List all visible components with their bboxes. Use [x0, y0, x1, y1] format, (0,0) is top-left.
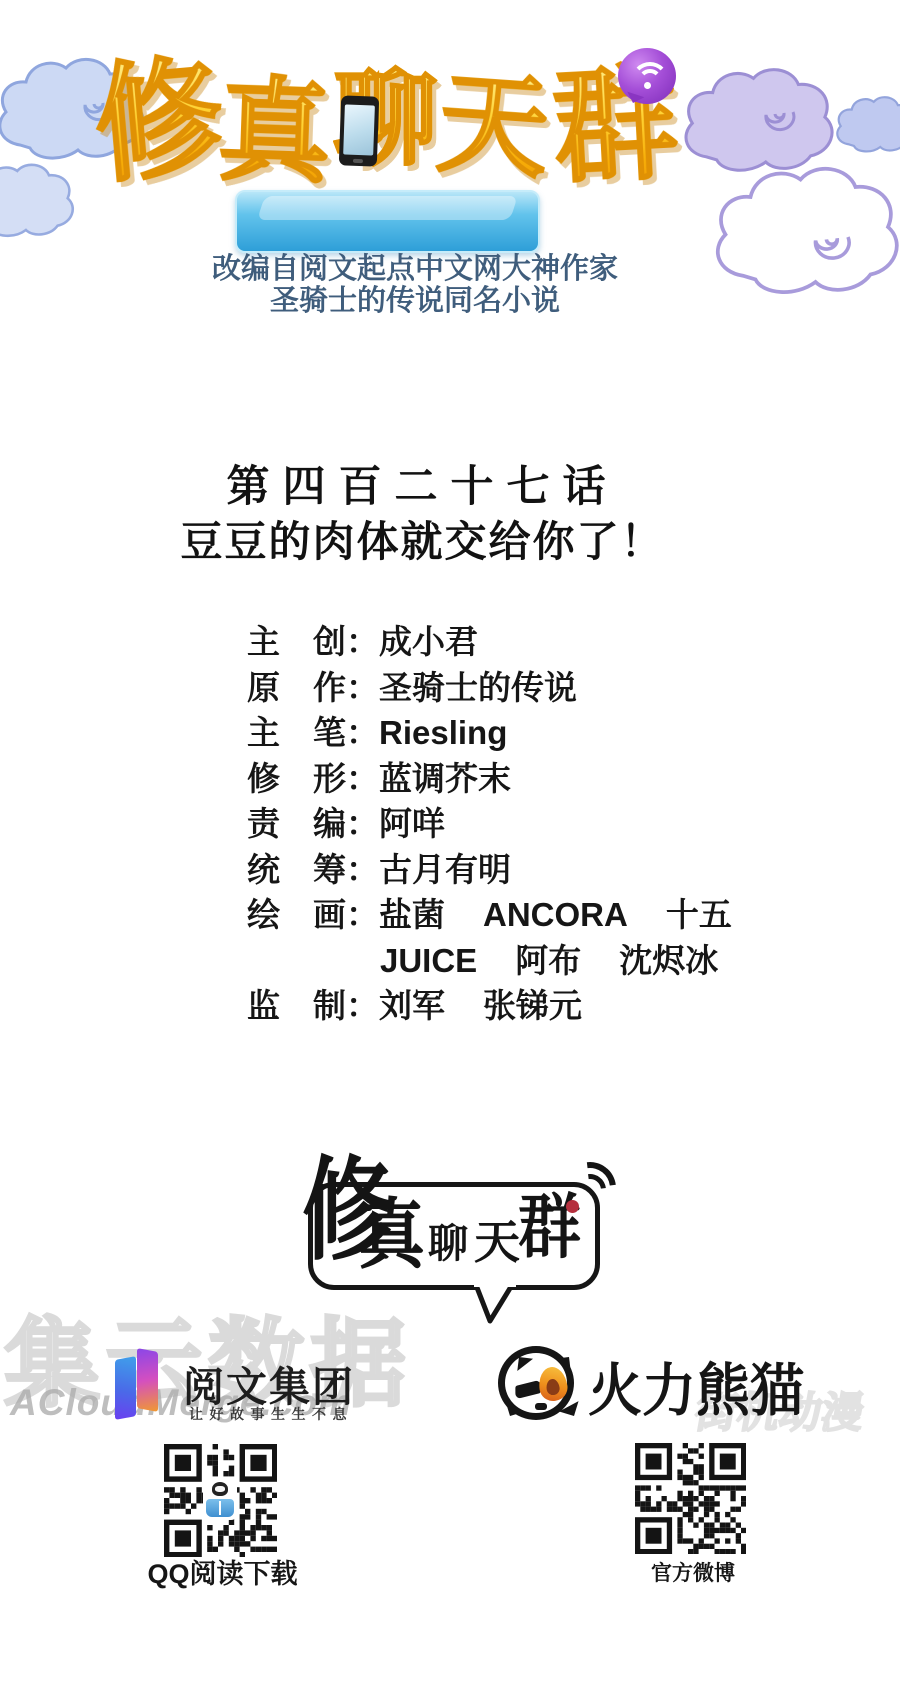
adaptation-subtitle: 改编自阅文起点中文网大神作家 圣骑士的传说同名小说: [0, 254, 830, 317]
panda-cheek-icon: [559, 1401, 589, 1431]
smartphone-icon: [339, 95, 379, 166]
credit-role: 统 筹：: [247, 844, 379, 891]
title-char: 真: [216, 74, 332, 190]
credit-name: 沈烬冰: [619, 935, 718, 982]
credit-row: 原 作：圣骑士的传说: [247, 662, 770, 708]
credit-row: JUICE阿布沈烬冰: [247, 935, 770, 981]
panda-face-icon: [498, 1346, 574, 1420]
purple-chat-bubble-wifi-icon: [618, 48, 676, 104]
credit-role: 主 笔：: [247, 707, 379, 754]
penguin-face: [215, 1486, 225, 1492]
credit-row: 主 笔：Riesling: [247, 707, 770, 753]
credit-name: 盐菌: [379, 889, 445, 936]
phone-home-button: [353, 159, 363, 163]
qr-code-weibo: [635, 1443, 746, 1559]
yuewen-logo-mark: [115, 1350, 161, 1422]
wifi-dot-icon: [644, 82, 651, 89]
credit-row: 责 编：阿咩: [247, 798, 770, 844]
comic-title-page: 修 真 聊 天 群 chat group ...... 改编自阅文起点中文网大神…: [0, 0, 900, 1687]
credit-name: 阿咩: [379, 798, 445, 845]
subtitle-line: 改编自阅文起点中文网大神作家: [0, 254, 830, 285]
panda-cheek-icon: [495, 1401, 525, 1431]
wifi-arc-icon: [638, 69, 662, 93]
credit-name: 阿布: [515, 935, 581, 982]
credit-role: 监 制：: [247, 980, 379, 1027]
credit-role: 修 形：: [247, 753, 379, 800]
title-char: 天: [434, 68, 551, 185]
qq-penguin-icon: [203, 1480, 237, 1520]
yuewen-mark-right: [137, 1348, 158, 1412]
credit-name: 蓝调芥末: [379, 753, 511, 800]
credit-row: 统 筹：古月有明: [247, 844, 770, 890]
chapter-title: 豆豆的肉体就交给你了！: [0, 516, 845, 568]
open-book-icon: [206, 1499, 234, 1517]
phone-screen: [343, 104, 375, 155]
chapter-number: 第四百二十七话: [0, 462, 845, 512]
credit-name: 十五: [666, 889, 732, 936]
panda-horn-icon: [555, 1343, 583, 1371]
credit-name: Riesling: [379, 714, 507, 752]
credit-name: 圣骑士的传说: [379, 662, 577, 709]
credit-row: 绘 画：盐菌ANCORA十五: [247, 889, 770, 935]
series-logo-bubble: 修 真 聊 天 群: [302, 1150, 624, 1335]
chat-group-banner: [235, 190, 540, 253]
series-title: 修 真 聊 天 群: [95, 58, 677, 186]
credit-role: 绘 画：: [247, 889, 379, 936]
flame-icon: [537, 1365, 569, 1403]
logo-char: 天: [474, 1220, 520, 1266]
credit-row: 主 创：成小君: [247, 616, 770, 662]
subtitle-line: 圣骑士的传说同名小说: [0, 286, 830, 317]
panda-horn-icon: [505, 1343, 533, 1371]
credit-name: 刘军: [379, 980, 445, 1027]
credit-name: JUICE: [380, 942, 477, 980]
panda-eye-icon: [515, 1380, 540, 1400]
qr-caption-right: 官方微博: [628, 1557, 758, 1587]
panda-studio-name: 火力熊猫: [588, 1346, 804, 1427]
credit-name: 成小君: [379, 616, 478, 663]
yuewen-mark-left: [115, 1356, 136, 1420]
credit-name: ANCORA: [483, 896, 628, 934]
credits-list: 主 创：成小君原 作：圣骑士的传说主 笔：Riesling修 形：蓝调芥末责 编…: [247, 616, 770, 1026]
red-dot-icon: [566, 1200, 579, 1213]
speech-bubble-tail: [472, 1283, 518, 1325]
credit-name: 张锑元: [483, 980, 582, 1027]
logo-char: 真: [358, 1198, 425, 1274]
chapter-heading: 第四百二十七话 豆豆的肉体就交给你了！: [0, 462, 845, 568]
logo-char: 聊: [428, 1224, 468, 1264]
credit-row: 监 制：刘军张锑元: [247, 980, 770, 1026]
credit-role: 主 创：: [247, 616, 379, 663]
title-char: 修: [90, 53, 229, 192]
credit-role: 原 作：: [247, 662, 379, 709]
yuewen-tagline: 让好故事生生不息: [189, 1404, 353, 1424]
credit-role: 责 编：: [247, 798, 379, 845]
panda-nose-icon: [535, 1403, 547, 1410]
credit-name: 古月有明: [379, 844, 511, 891]
credit-row: 修 形：蓝调芥末: [247, 753, 770, 799]
qr-caption-left: QQ阅读下载: [110, 1552, 335, 1591]
